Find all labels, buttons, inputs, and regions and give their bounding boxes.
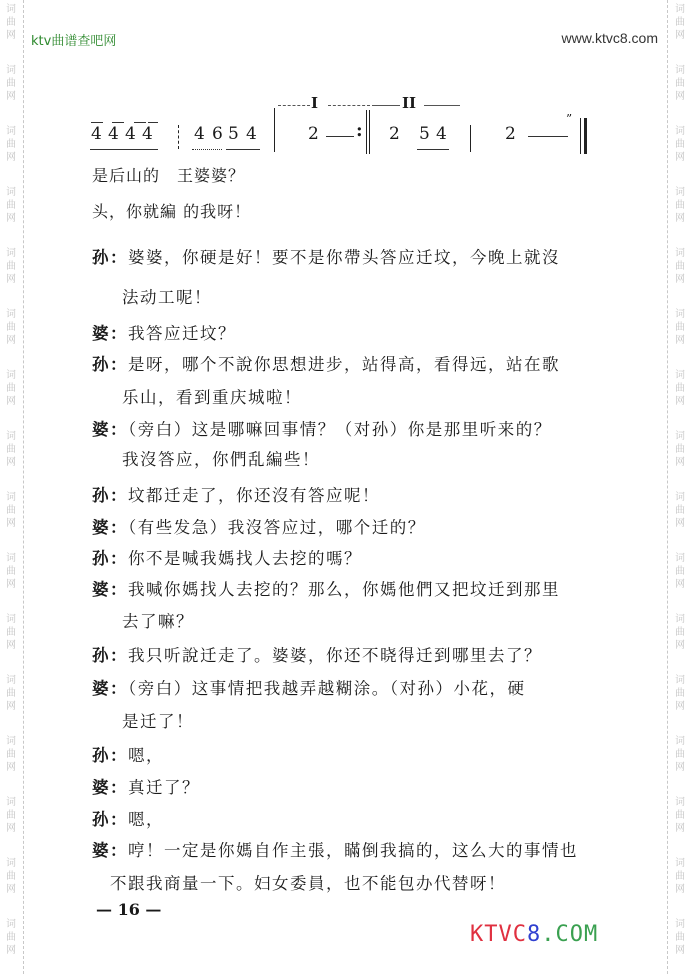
dialogue-line: 婆：哼！一定是你媽自作主張，瞞倒我搞的，这么大的事情也 — [92, 837, 578, 861]
speech: 你不是喊我媽找人去挖的嗎？ — [128, 549, 362, 568]
watermark-char: 曲 — [672, 809, 688, 822]
lyric-line-2: 头，你就編 的我呀！ — [92, 199, 251, 222]
watermark-group: 词曲网 — [672, 857, 688, 896]
speech: 嗯， — [128, 810, 164, 829]
watermark-char: 曲 — [3, 382, 19, 395]
watermark-group: 词曲网 — [3, 735, 19, 774]
note: 2 — [308, 124, 319, 144]
watermark-group: 词曲网 — [3, 613, 19, 652]
watermark-char: 曲 — [672, 626, 688, 639]
watermark-char: 曲 — [3, 687, 19, 700]
watermark-char: 网 — [3, 700, 19, 713]
logo-part-2: 8 — [527, 922, 541, 947]
final-barline-thick — [584, 118, 587, 154]
watermark-char: 网 — [672, 761, 688, 774]
volta-bracket-2 — [372, 105, 400, 106]
logo-part-3: .COM — [541, 922, 598, 947]
volta-label-1: I — [311, 94, 318, 112]
watermark-char: 曲 — [3, 809, 19, 822]
page-number: — 16 — — [96, 900, 161, 919]
watermark-char: 网 — [3, 334, 19, 347]
speaker: 婆： — [92, 420, 128, 439]
watermark-char: 曲 — [3, 321, 19, 334]
repeat-sign: : — [356, 120, 363, 141]
dialogue-continuation: 乐山，看到重庆城啦！ — [92, 384, 302, 408]
dot-line — [148, 122, 158, 123]
watermark-char: 曲 — [3, 626, 19, 639]
dialogue-line: 孙：嗯， — [92, 806, 164, 830]
watermark-char: 网 — [672, 578, 688, 591]
watermark-char: 词 — [3, 247, 19, 260]
watermark-char: 词 — [3, 308, 19, 321]
beam-underline — [226, 149, 260, 150]
note: 4 — [436, 124, 447, 144]
note: 5 — [419, 124, 430, 144]
speaker: 孙： — [92, 810, 128, 829]
watermark-char: 曲 — [672, 321, 688, 334]
duration-dash — [528, 136, 568, 137]
watermark-char: 网 — [672, 334, 688, 347]
volta-bracket-1 — [278, 105, 310, 106]
watermark-char: 网 — [672, 822, 688, 835]
watermark-char: 网 — [672, 212, 688, 225]
breath-mark: ” — [566, 112, 572, 126]
dialogue-line: 孙：嗯， — [92, 742, 164, 766]
watermark-char: 曲 — [672, 260, 688, 273]
dialogue-continuation: 我沒答应，你們乱編些！ — [92, 446, 320, 470]
note: 4 — [108, 124, 119, 144]
dot-line — [91, 122, 103, 123]
repeat-barline — [366, 110, 367, 154]
watermark-char: 曲 — [672, 870, 688, 883]
watermark-char: 网 — [672, 273, 688, 286]
watermark-char: 网 — [3, 395, 19, 408]
beam-underline — [192, 149, 222, 150]
watermark-char: 曲 — [3, 870, 19, 883]
watermark-char: 曲 — [3, 199, 19, 212]
watermark-group: 词曲网 — [672, 674, 688, 713]
beam-underline — [417, 149, 449, 150]
watermark-char: 网 — [672, 883, 688, 896]
final-barline-thin — [580, 118, 581, 154]
watermark-group: 词曲网 — [3, 247, 19, 286]
note: 4 — [194, 124, 205, 144]
dialogue-continuation: 法动工呢！ — [92, 284, 212, 308]
watermark-group: 词曲网 — [672, 918, 688, 957]
watermark-group: 词曲网 — [3, 308, 19, 347]
music-score: 4 4 4 4 4 6 5 4 I 2 : II 2 5 4 2 ” — [0, 0, 690, 160]
speaker: 孙： — [92, 646, 128, 665]
speech: （旁白）这是哪嘛回事情？（对孙）你是那里听来的？ — [128, 420, 552, 439]
watermark-char: 词 — [3, 369, 19, 382]
watermark-group: 词曲网 — [3, 491, 19, 530]
watermark-group: 词曲网 — [3, 796, 19, 835]
dialogue-continuation: 不跟我商量一下。妇女委員，也不能包办代替呀！ — [92, 870, 506, 894]
dialogue-line: 婆：我答应迁坟？ — [92, 320, 236, 344]
dialogue-line: 孙：坟都迁走了，你还沒有答应呢！ — [92, 482, 380, 506]
watermark-char: 网 — [672, 944, 688, 957]
watermark-char: 曲 — [672, 687, 688, 700]
watermark-group: 词曲网 — [672, 735, 688, 774]
dialogue-line: 婆：（有些发急）我沒答应过，哪个迁的？ — [92, 514, 426, 538]
watermark-char: 网 — [3, 578, 19, 591]
watermark-char: 词 — [672, 491, 688, 504]
watermark-group: 词曲网 — [3, 430, 19, 469]
watermark-group: 词曲网 — [672, 308, 688, 347]
speech: 坟都迁走了，你还沒有答应呢！ — [128, 486, 380, 505]
watermark-group: 词曲网 — [672, 552, 688, 591]
note: 4 — [246, 124, 257, 144]
barline-dashed — [178, 125, 179, 149]
watermark-char: 词 — [3, 735, 19, 748]
watermark-char: 词 — [672, 308, 688, 321]
watermark-char: 词 — [3, 674, 19, 687]
watermark-char: 网 — [672, 456, 688, 469]
speaker: 孙： — [92, 746, 128, 765]
dialogue-line: 孙：是呀，哪个不說你思想进步，站得高，看得远，站在歌 — [92, 351, 560, 375]
watermark-group: 词曲网 — [672, 247, 688, 286]
watermark-char: 曲 — [3, 565, 19, 578]
speaker: 婆： — [92, 679, 128, 698]
logo-part-1: KTVC — [470, 922, 527, 947]
dot-line — [134, 122, 146, 123]
watermark-group: 词曲网 — [3, 674, 19, 713]
speaker: 婆： — [92, 580, 128, 599]
watermark-group: 词曲网 — [3, 552, 19, 591]
watermark-char: 词 — [3, 552, 19, 565]
duration-dash — [326, 136, 354, 137]
watermark-group: 词曲网 — [672, 186, 688, 225]
watermark-char: 网 — [672, 639, 688, 652]
speech: 是呀，哪个不說你思想进步，站得高，看得远，站在歌 — [128, 355, 560, 374]
speaker: 婆： — [92, 841, 128, 860]
watermark-char: 词 — [3, 918, 19, 931]
watermark-char: 词 — [3, 796, 19, 809]
note: 5 — [228, 124, 239, 144]
watermark-char: 网 — [3, 883, 19, 896]
watermark-char: 曲 — [672, 199, 688, 212]
watermark-char: 曲 — [3, 931, 19, 944]
dialogue-line: 婆：真迁了？ — [92, 774, 200, 798]
speech: 我答应迁坟？ — [128, 324, 236, 343]
watermark-char: 词 — [672, 552, 688, 565]
watermark-char: 词 — [672, 918, 688, 931]
speaker: 孙： — [92, 549, 128, 568]
note: 4 — [125, 124, 136, 144]
watermark-char: 词 — [672, 369, 688, 382]
watermark-char: 曲 — [672, 443, 688, 456]
dialogue-line: 婆：我喊你媽找人去挖的？那么，你媽他們又把坟迁到那里 — [92, 576, 560, 600]
watermark-char: 网 — [672, 395, 688, 408]
watermark-char: 曲 — [672, 931, 688, 944]
note: 4 — [91, 124, 102, 144]
watermark-char: 曲 — [672, 748, 688, 761]
watermark-group: 词曲网 — [3, 186, 19, 225]
volta-bracket-1 — [328, 105, 370, 106]
watermark-char: 词 — [672, 186, 688, 199]
watermark-group: 词曲网 — [672, 796, 688, 835]
watermark-char: 词 — [672, 796, 688, 809]
speaker: 孙： — [92, 355, 128, 374]
note: 2 — [389, 124, 400, 144]
speech: 婆婆，你硬是好！要不是你帶头答应迁坟，今晚上就沒 — [128, 248, 560, 267]
watermark-group: 词曲网 — [672, 369, 688, 408]
speaker: 孙： — [92, 486, 128, 505]
speech: （有些发急）我沒答应过，哪个迁的？ — [128, 518, 426, 537]
watermark-char: 网 — [3, 639, 19, 652]
speaker: 孙： — [92, 248, 128, 267]
speech: 真迁了？ — [128, 778, 200, 797]
watermark-char: 词 — [672, 674, 688, 687]
speaker: 婆： — [92, 518, 128, 537]
watermark-char: 词 — [672, 613, 688, 626]
watermark-char: 曲 — [672, 565, 688, 578]
beam-underline — [90, 149, 158, 150]
watermark-char: 词 — [3, 613, 19, 626]
speech: 我喊你媽找人去挖的？那么，你媽他們又把坟迁到那里 — [128, 580, 560, 599]
dialogue-continuation: 是迁了！ — [92, 708, 194, 732]
watermark-char: 网 — [3, 456, 19, 469]
dialogue-line: 孙：你不是喊我媽找人去挖的嗎？ — [92, 545, 362, 569]
watermark-char: 网 — [3, 212, 19, 225]
watermark-char: 词 — [3, 491, 19, 504]
watermark-char: 网 — [3, 822, 19, 835]
dialogue-line: 孙：我只听說迁走了。婆婆，你还不晓得迁到哪里去了？ — [92, 642, 542, 666]
watermark-group: 词曲网 — [3, 918, 19, 957]
watermark-group: 词曲网 — [672, 491, 688, 530]
watermark-char: 网 — [672, 700, 688, 713]
watermark-group: 词曲网 — [3, 369, 19, 408]
watermark-char: 词 — [672, 430, 688, 443]
watermark-char: 曲 — [672, 504, 688, 517]
watermark-char: 词 — [3, 857, 19, 870]
watermark-group: 词曲网 — [672, 613, 688, 652]
watermark-char: 词 — [3, 186, 19, 199]
dot-line — [112, 122, 124, 123]
watermark-char: 曲 — [3, 504, 19, 517]
watermark-char: 网 — [3, 517, 19, 530]
speech: （旁白）这事情把我越弄越糊涂。（对孙）小花，硬 — [128, 679, 526, 698]
watermark-char: 网 — [3, 944, 19, 957]
watermark-char: 曲 — [3, 748, 19, 761]
speech: 哼！一定是你媽自作主張，瞞倒我搞的，这么大的事情也 — [128, 841, 578, 860]
watermark-char: 网 — [3, 761, 19, 774]
dialogue-line: 婆：（旁白）这是哪嘛回事情？（对孙）你是那里听来的？ — [92, 416, 552, 440]
watermark-char: 曲 — [3, 260, 19, 273]
barline — [470, 125, 471, 152]
speaker: 婆： — [92, 324, 128, 343]
watermark-char: 词 — [672, 247, 688, 260]
watermark-char: 曲 — [672, 382, 688, 395]
watermark-char: 词 — [3, 430, 19, 443]
watermark-char: 词 — [672, 735, 688, 748]
watermark-char: 网 — [672, 517, 688, 530]
speech: 我只听說迁走了。婆婆，你还不晓得迁到哪里去了？ — [128, 646, 542, 665]
note: 6 — [212, 124, 223, 144]
note: 4 — [142, 124, 153, 144]
barline — [274, 108, 275, 152]
dialogue-continuation: 去了嘛？ — [92, 608, 194, 632]
note: 2 — [505, 124, 516, 144]
volta-label-2: II — [402, 94, 416, 112]
watermark-char: 网 — [3, 273, 19, 286]
repeat-barline — [369, 110, 370, 154]
volta-bracket-2 — [424, 105, 460, 106]
watermark-group: 词曲网 — [672, 430, 688, 469]
dialogue-line: 婆：（旁白）这事情把我越弄越糊涂。（对孙）小花，硬 — [92, 675, 526, 699]
watermark-char: 曲 — [3, 443, 19, 456]
speech: 嗯， — [128, 746, 164, 765]
watermark-group: 词曲网 — [3, 857, 19, 896]
dialogue-line: 孙：婆婆，你硬是好！要不是你帶头答应迁坟，今晚上就沒 — [92, 244, 560, 268]
lyric-line-1: 是后山的 王婆婆？ — [92, 163, 245, 186]
watermark-char: 词 — [672, 857, 688, 870]
site-logo[interactable]: KTVC8.COM — [470, 922, 598, 947]
speaker: 婆： — [92, 778, 128, 797]
